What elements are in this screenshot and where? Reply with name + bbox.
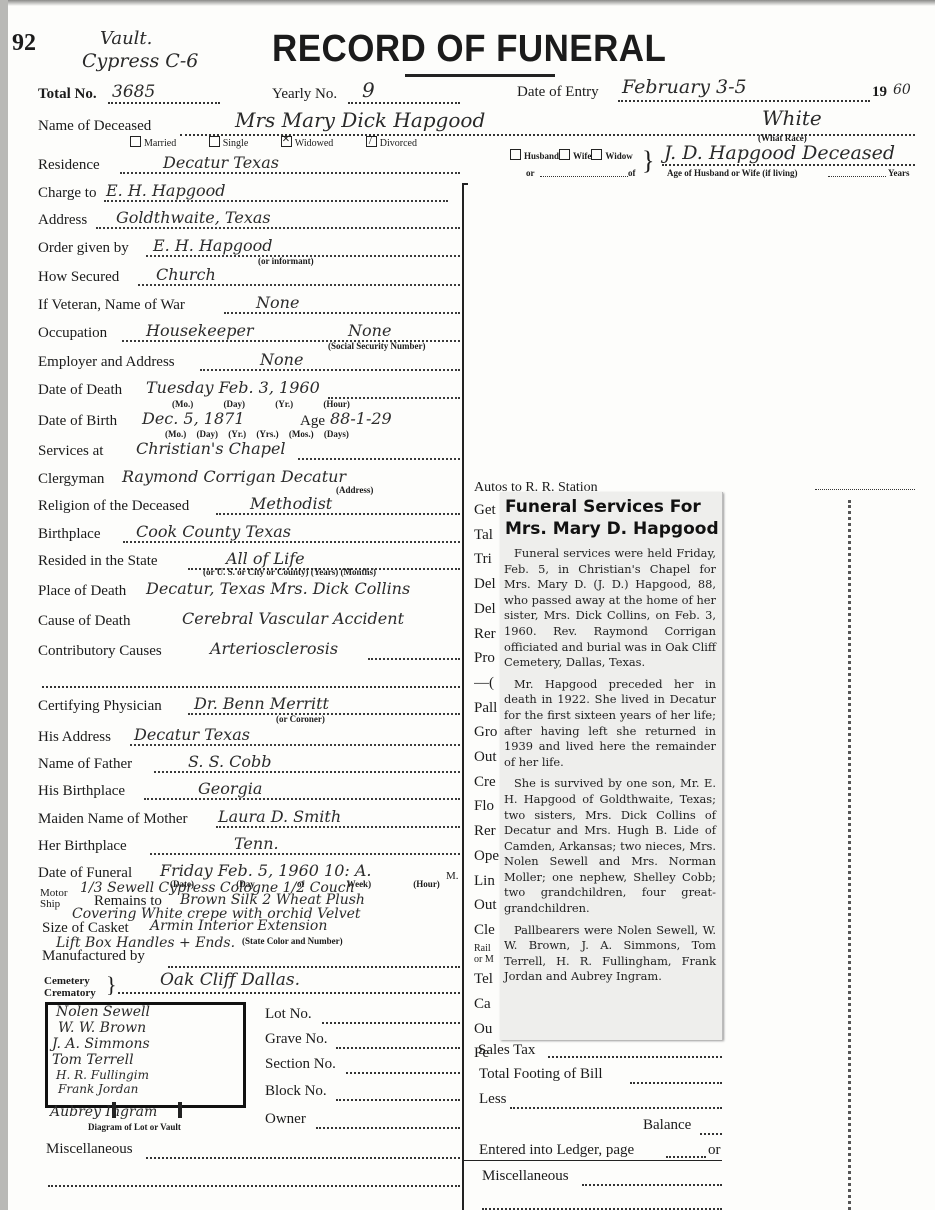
field-name-of-father: Name of Father S. S. Cobb — [38, 751, 460, 775]
clipping-headline: Funeral Services For Mrs. Mary D. Hapgoo… — [505, 496, 719, 540]
grave-no-field[interactable] — [336, 1047, 460, 1049]
resided-in-state-value[interactable]: All of Life — [226, 549, 305, 568]
her-birthplace-value[interactable]: Tenn. — [234, 834, 279, 853]
right-faint-dots — [815, 489, 915, 490]
manufactured-by-dots — [168, 966, 460, 968]
services-at-value[interactable]: Christian's Chapel — [136, 439, 286, 458]
spouse-of-label: of — [628, 168, 636, 178]
diagram-caption: Diagram of Lot or Vault — [88, 1122, 181, 1132]
right-column-border — [462, 183, 464, 1210]
cemetery-value[interactable]: Oak Cliff Dallas. — [160, 970, 300, 990]
order-given-by-value[interactable]: E. H. Hapgood — [153, 236, 272, 255]
resided-caption: (or U. S. or City or County) (Years) (Mo… — [203, 567, 376, 577]
employer-value[interactable]: None — [260, 350, 303, 369]
his-birthplace-value[interactable]: Georgia — [198, 779, 262, 798]
block-no-field[interactable] — [336, 1099, 460, 1101]
checkbox-widowed-checked[interactable] — [281, 136, 292, 147]
clipping-paragraph: She is survived by one son, Mr. E. H. Ha… — [504, 776, 716, 916]
ledger-label: Entered into Ledger, page — [479, 1142, 634, 1159]
clipping-body: Funeral services were held Friday, Feb. … — [504, 546, 716, 991]
less-field[interactable] — [510, 1107, 722, 1109]
ledger-divider — [462, 1160, 722, 1161]
field-how-secured: How Secured Church — [38, 264, 460, 288]
pallbearer-1: Nolen Sewell — [56, 1004, 150, 1020]
total-no-value[interactable]: 3685 — [112, 82, 155, 102]
field-religion: Religion of the Deceased Methodist — [38, 493, 460, 517]
pallbearer-2: W. W. Brown — [58, 1020, 146, 1036]
veteran-war-value[interactable]: None — [256, 293, 299, 312]
residence-value[interactable]: Decatur Texas — [163, 153, 279, 172]
block-no-label: Block No. — [265, 1083, 327, 1100]
pallbearer-4: Tom Terrell — [52, 1052, 134, 1068]
motor-ship-label: Motor Ship — [40, 888, 68, 910]
marital-single[interactable]: Single — [209, 138, 249, 149]
field-place-of-death: Place of Death Decatur, Texas Mrs. Dick … — [38, 578, 460, 602]
how-secured-value[interactable]: Church — [156, 265, 216, 284]
total-no-label: Total No. — [38, 86, 97, 103]
clipping-paragraph: Pallbearers were Nolen Sewell, W. W. Bro… — [504, 923, 716, 985]
field-his-birthplace: His Birthplace Georgia — [38, 778, 460, 802]
pallbearer-7: Aubrey Ingram — [50, 1104, 157, 1120]
total-footing-label: Total Footing of Bill — [479, 1066, 603, 1083]
vault-note-line2: Cypress C-6 — [82, 50, 198, 72]
checkbox-divorced-marked[interactable] — [366, 136, 377, 147]
year-value[interactable]: 60 — [893, 82, 911, 98]
charges-stub-column: Get Tal Tri Del Del Rer Pro —( Pall Gro … — [474, 498, 500, 1066]
contributory-causes-value[interactable]: Arteriosclerosis — [210, 639, 338, 658]
field-services-at: Services at Christian's Chapel — [38, 438, 460, 462]
spouse-age-caption: Age of Husband or Wife (if living) — [667, 168, 798, 178]
balance-field[interactable] — [700, 1133, 722, 1135]
spouse-or-label: or — [526, 168, 535, 178]
his-address-value[interactable]: Decatur Texas — [134, 725, 250, 744]
spouse-dots — [662, 164, 915, 166]
misc-left-field[interactable] — [146, 1157, 460, 1159]
place-of-death-value[interactable]: Decatur, Texas Mrs. Dick Collins — [146, 579, 410, 598]
field-clergyman: Clergyman Raymond Corrigan Decatur — [38, 466, 460, 490]
date-of-funeral-value[interactable]: Friday Feb. 5, 1960 10: A. — [160, 861, 372, 880]
marital-status-group: Married Single Widowed Divorced — [130, 136, 417, 149]
cemetery-dots — [118, 992, 460, 994]
scan-left-gutter — [0, 0, 8, 1210]
right-column-corner — [462, 183, 468, 185]
yearly-no-label: Yearly No. — [272, 86, 337, 103]
age-value[interactable]: 88-1-29 — [330, 409, 392, 428]
sales-tax-field[interactable] — [548, 1056, 722, 1058]
total-no-dots — [108, 102, 220, 104]
checkbox-married[interactable] — [130, 136, 141, 147]
misc-left-line-2[interactable] — [48, 1185, 460, 1187]
yearly-no-value[interactable]: 9 — [362, 78, 375, 102]
date-of-birth-value[interactable]: Dec. 5, 1871 — [142, 409, 245, 428]
newspaper-clipping: Funeral Services For Mrs. Mary D. Hapgoo… — [500, 492, 723, 1040]
ledger-page-field[interactable] — [666, 1156, 706, 1158]
cemetery-brace: } — [106, 972, 117, 998]
social-security-value[interactable]: None — [348, 321, 391, 340]
vault-note-line1: Vault. — [100, 28, 152, 49]
coroner-caption: (or Coroner) — [276, 714, 325, 724]
marital-divorced[interactable]: Divorced — [366, 138, 417, 149]
clipping-paragraph: Mr. Hapgood preceded her in death in 192… — [504, 677, 716, 771]
lot-no-label: Lot No. — [265, 1006, 312, 1023]
pallbearer-6: Frank Jordan — [58, 1082, 138, 1096]
field-order-given-by: Order given by E. H. Hapgood — [38, 235, 460, 259]
spouse-age-dots — [828, 176, 886, 177]
owner-field[interactable] — [316, 1127, 460, 1129]
less-label: Less — [479, 1091, 507, 1108]
religion-value[interactable]: Methodist — [250, 494, 332, 513]
title-underline — [405, 74, 555, 77]
manufactured-by-label: Manufactured by — [42, 948, 145, 965]
field-employer: Employer and Address None — [38, 349, 460, 373]
diagram-tab-right — [178, 1102, 182, 1118]
date-of-entry-value[interactable]: February 3-5 — [622, 76, 747, 98]
section-no-label: Section No. — [265, 1056, 336, 1073]
size-caption: (State Color and Number) — [242, 936, 343, 946]
field-certifying-physician: Certifying Physician Dr. Benn Merritt — [38, 693, 460, 717]
balance-label: Balance — [643, 1117, 691, 1134]
scan-top-shadow — [0, 0, 935, 6]
cemetery-label: Cemetery Crematory — [44, 975, 96, 999]
date-of-entry-label: Date of Entry — [517, 84, 599, 101]
date-of-entry-dots — [618, 100, 870, 102]
yearly-no-dots — [348, 102, 460, 104]
race-value[interactable]: White — [762, 106, 822, 130]
field-cause-of-death: Cause of Death Cerebral Vascular Acciden… — [38, 608, 460, 632]
marital-widowed[interactable]: Widowed — [281, 138, 333, 149]
grave-no-label: Grave No. — [265, 1031, 327, 1048]
field-veteran-war: If Veteran, Name of War None — [38, 292, 460, 316]
field-birthplace: Birthplace Cook County Texas — [38, 521, 460, 545]
field-his-address: His Address Decatur Texas — [38, 724, 460, 748]
misc-right-label: Miscellaneous — [482, 1168, 569, 1185]
clipping-paragraph: Funeral services were held Friday, Feb. … — [504, 546, 716, 671]
cause-of-death-value[interactable]: Cerebral Vascular Accident — [182, 609, 404, 628]
misc-right-field[interactable] — [582, 1184, 722, 1186]
date-of-death-value[interactable]: Tuesday Feb. 3, 1960 — [146, 378, 320, 397]
field-residence: Residence Decatur Texas — [38, 152, 460, 176]
spouse-value[interactable]: J. D. Hapgood Deceased — [664, 142, 895, 164]
section-no-field[interactable] — [346, 1072, 460, 1074]
checkbox-husband[interactable] — [510, 149, 521, 160]
page-number: 92 — [12, 30, 36, 57]
field-contributory-causes: Contributory Causes Arteriosclerosis — [38, 638, 460, 662]
size-of-casket-value[interactable]: Armin Interior Extension — [150, 918, 327, 934]
field-maiden-name-of-mother: Maiden Name of Mother Laura D. Smith — [38, 806, 460, 830]
birthplace-value[interactable]: Cook County Texas — [136, 522, 291, 541]
spouse-or-dots — [540, 176, 628, 177]
charge-to-value[interactable]: E. H. Hapgood — [106, 181, 225, 200]
owner-label: Owner — [265, 1111, 306, 1128]
name-of-father-value[interactable]: S. S. Cobb — [188, 752, 271, 771]
checkbox-wife[interactable] — [559, 149, 570, 160]
pallbearer-5: H. R. Fullingim — [56, 1068, 149, 1082]
lot-no-field[interactable] — [322, 1022, 460, 1024]
checkbox-widow[interactable] — [591, 149, 602, 160]
deceased-name-value[interactable]: Mrs Mary Dick Hapgood — [235, 108, 485, 132]
occupation-value[interactable]: Housekeeper — [146, 321, 254, 340]
sales-tax-label: Sales Tax — [478, 1042, 535, 1059]
blank-dotted-line — [42, 686, 460, 688]
page-title: RECORD OF FUNERAL — [272, 28, 666, 71]
maiden-name-of-mother-value[interactable]: Laura D. Smith — [218, 807, 341, 826]
spouse-brace: } — [642, 146, 654, 176]
certifying-physician-value[interactable]: Dr. Benn Merritt — [194, 694, 329, 713]
year-prefix: 19 — [872, 84, 887, 101]
marital-married[interactable]: Married — [130, 138, 176, 149]
spouse-type-group: HusbandWifeWidow — [510, 149, 633, 161]
field-her-birthplace: Her Birthplace Tenn. — [38, 833, 460, 857]
field-charge-to: Charge to E. H. Hapgood — [38, 180, 460, 204]
address-value[interactable]: Goldthwaite, Texas — [116, 208, 271, 227]
deceased-name-label: Name of Deceased — [38, 118, 151, 135]
total-footing-field[interactable] — [630, 1082, 722, 1084]
spouse-age-unit: Years — [888, 168, 910, 178]
ledger-suffix: or — [708, 1142, 721, 1159]
clergyman-value[interactable]: Raymond Corrigan Decatur — [122, 467, 346, 486]
pallbearer-3: J. A. Simmons — [52, 1036, 150, 1052]
field-address: Address Goldthwaite, Texas — [38, 207, 460, 231]
misc-left-label: Miscellaneous — [46, 1141, 133, 1158]
field-date-of-death: Date of Death Tuesday Feb. 3, 1960 — [38, 377, 460, 401]
checkbox-single[interactable] — [209, 136, 220, 147]
right-margin-dot-column — [848, 500, 855, 1210]
